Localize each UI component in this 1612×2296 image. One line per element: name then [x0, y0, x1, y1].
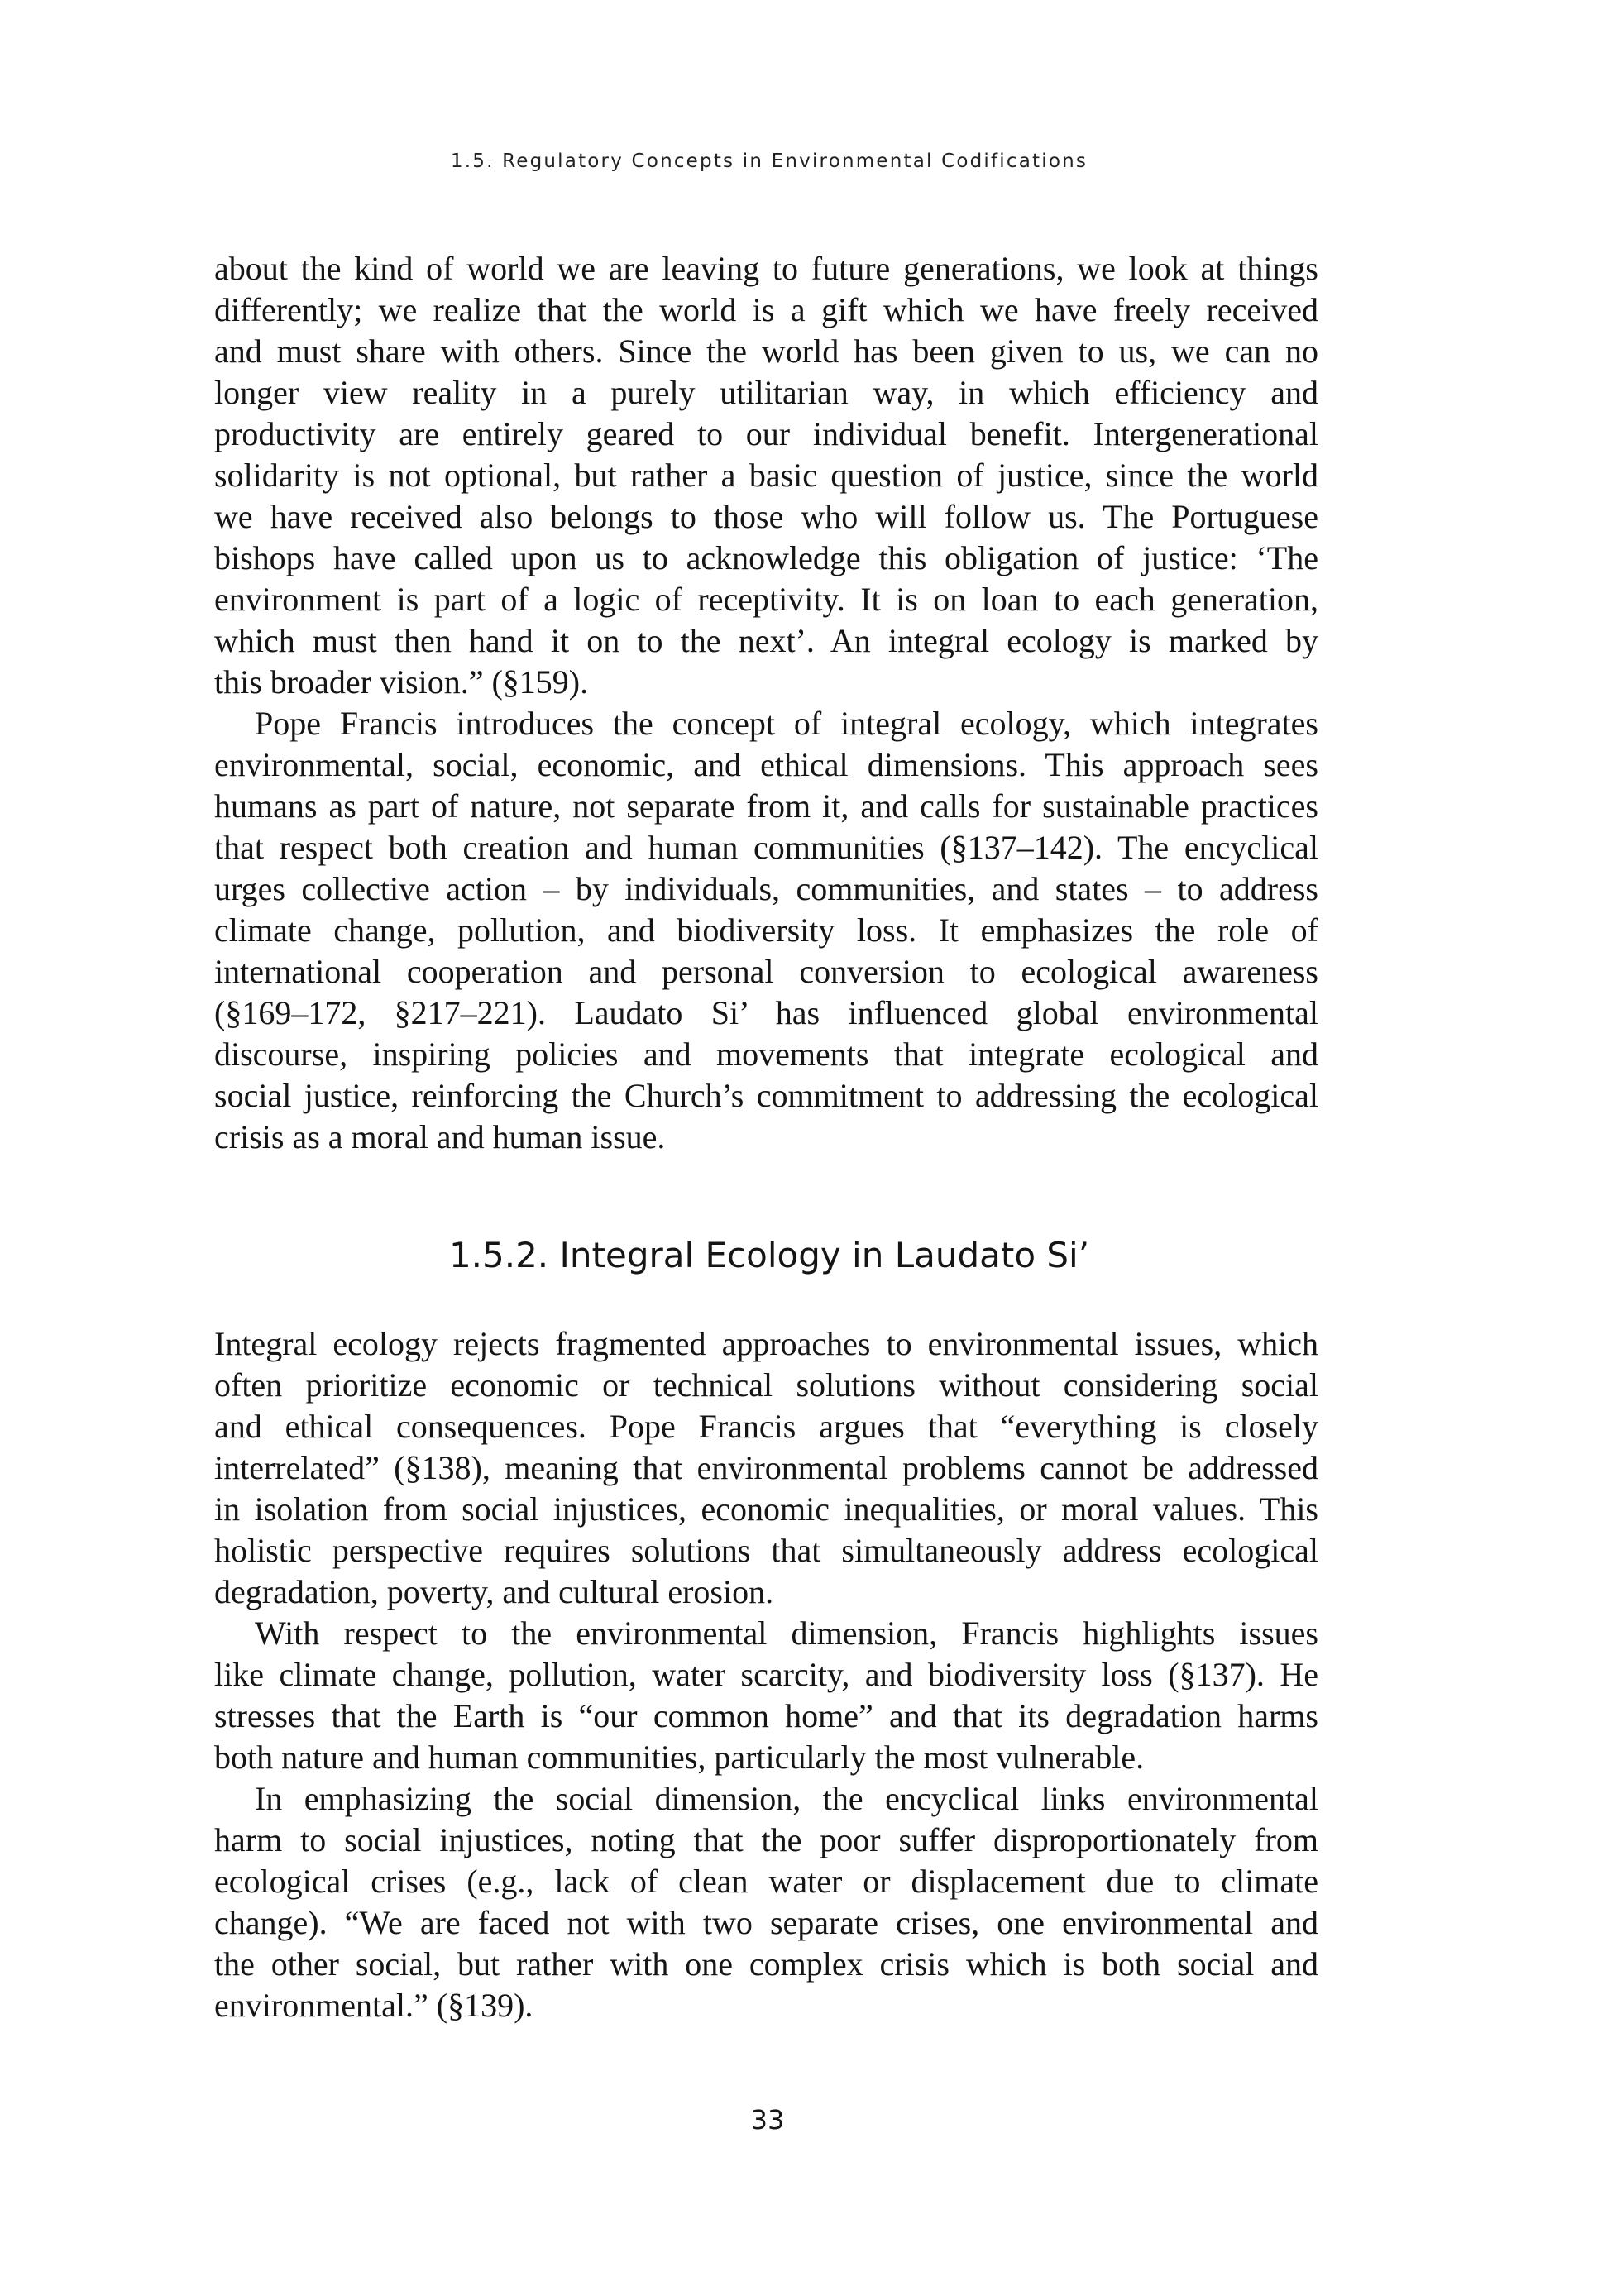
text-line: we have received also belongs to those w…	[214, 496, 1318, 538]
text-line: and must share with others. Since the wo…	[214, 331, 1318, 372]
text-line: this broader vision.” (§159).	[214, 662, 1318, 703]
text-line: In emphasizing the social dimension, the…	[214, 1778, 1318, 1820]
text-line: (§169–172, §217–221). Laudato Si’ has in…	[214, 993, 1318, 1034]
running-header: 1.5. Regulatory Concepts in Environmenta…	[0, 147, 1538, 175]
text-line: holistic perspective requires solutions …	[214, 1530, 1318, 1571]
text-line: in isolation from social injustices, eco…	[214, 1489, 1318, 1530]
text-line: crisis as a moral and human issue.	[214, 1117, 1318, 1158]
text-line: stresses that the Earth is “our common h…	[214, 1696, 1318, 1737]
text-line: about the kind of world we are leaving t…	[214, 248, 1318, 289]
text-line: longer view reality in a purely utilitar…	[214, 372, 1318, 414]
text-line: Integral ecology rejects fragmented appr…	[214, 1323, 1318, 1365]
text-line: interrelated” (§138), meaning that envir…	[214, 1447, 1318, 1489]
text-line: often prioritize economic or technical s…	[214, 1365, 1318, 1406]
text-line: which must then hand it on to the next’.…	[214, 620, 1318, 662]
page-number: 33	[0, 2103, 1535, 2136]
section-heading: 1.5.2. Integral Ecology in Laudato Si’	[0, 1232, 1538, 1279]
paragraph-3: Integral ecology rejects fragmented appr…	[214, 1323, 1318, 1613]
text-line: the other social, but rather with one co…	[214, 1944, 1318, 1985]
text-line: degradation, poverty, and cultural erosi…	[214, 1571, 1318, 1613]
text-line: environmental.” (§139).	[214, 1985, 1318, 2026]
text-line: like climate change, pollution, water sc…	[214, 1654, 1318, 1696]
text-line: ecological crises (e.g., lack of clean w…	[214, 1861, 1318, 1902]
text-line: differently; we realize that the world i…	[214, 289, 1318, 331]
text-line: and ethical consequences. Pope Francis a…	[214, 1406, 1318, 1447]
paragraph-1: about the kind of world we are leaving t…	[214, 248, 1318, 703]
text-line: bishops have called upon us to acknowled…	[214, 538, 1318, 579]
text-line: humans as part of nature, not separate f…	[214, 786, 1318, 827]
text-line: social justice, reinforcing the Church’s…	[214, 1075, 1318, 1117]
text-line: both nature and human communities, parti…	[214, 1737, 1318, 1778]
text-line: productivity are entirely geared to our …	[214, 414, 1318, 455]
paragraph-5: In emphasizing the social dimension, the…	[214, 1778, 1318, 2026]
text-line: international cooperation and personal c…	[214, 951, 1318, 993]
text-line: With respect to the environmental dimens…	[214, 1613, 1318, 1654]
text-line: climate change, pollution, and biodivers…	[214, 910, 1318, 951]
text-line: Pope Francis introduces the concept of i…	[214, 703, 1318, 744]
text-line: harm to social injustices, noting that t…	[214, 1820, 1318, 1861]
text-line: solidarity is not optional, but rather a…	[214, 455, 1318, 496]
text-line: discourse, inspiring policies and moveme…	[214, 1034, 1318, 1075]
text-line: environment is part of a logic of recept…	[214, 579, 1318, 620]
text-line: that respect both creation and human com…	[214, 827, 1318, 868]
paragraph-4: With respect to the environmental dimens…	[214, 1613, 1318, 1778]
text-line: environmental, social, economic, and eth…	[214, 744, 1318, 786]
paragraph-2: Pope Francis introduces the concept of i…	[214, 703, 1318, 1158]
text-line: urges collective action – by individuals…	[214, 868, 1318, 910]
text-line: change). “We are faced not with two sepa…	[214, 1902, 1318, 1944]
